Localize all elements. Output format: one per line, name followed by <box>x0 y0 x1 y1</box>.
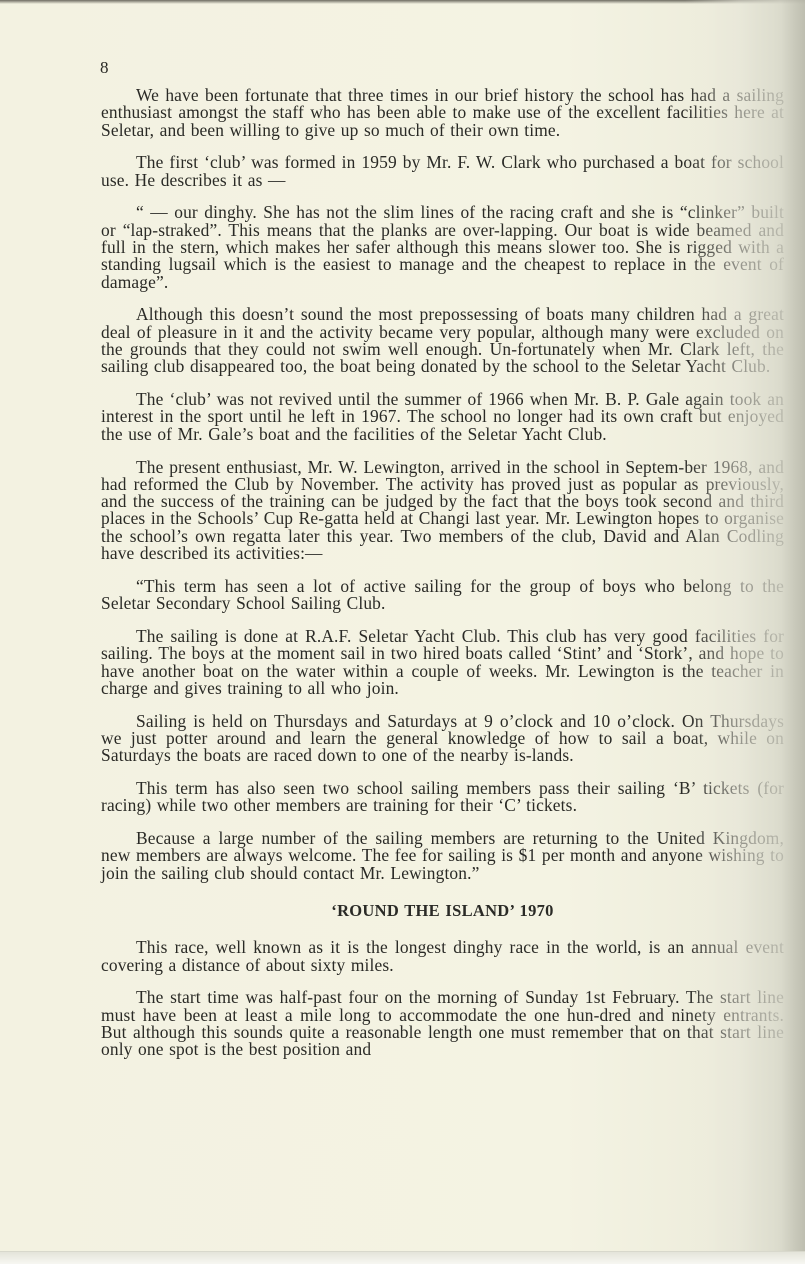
paragraph-present-enthusiast: The present enthusiast, Mr. W. Lewington… <box>101 459 784 563</box>
article-body: We have been fortunate that three times … <box>101 87 784 1074</box>
paragraph-tickets: This term has also seen two school saili… <box>101 780 784 815</box>
paragraph-this-term: “This term has seen a lot of active sail… <box>101 578 784 613</box>
section-heading: ‘ROUND THE ISLAND’ 1970 <box>101 902 784 919</box>
page-top-shadow <box>0 0 805 4</box>
paragraph-dinghy-quote: “ — our dinghy. She has not the slim lin… <box>101 204 784 290</box>
scanned-page: 8 We have been fortunate that three time… <box>0 0 805 1264</box>
paragraph-sailing-schedule: Sailing is held on Thursdays and Saturda… <box>101 713 784 765</box>
paragraph-new-members: Because a large number of the sailing me… <box>101 830 784 882</box>
paragraph-first-club: The first ‘club’ was formed in 1959 by M… <box>101 154 784 189</box>
paragraph-fortunate: We have been fortunate that three times … <box>101 87 784 139</box>
page-number: 8 <box>100 58 109 78</box>
paragraph-sailing-location: The sailing is done at R.A.F. Seletar Ya… <box>101 628 784 697</box>
paragraph-prepossessing: Although this doesn’t sound the most pre… <box>101 306 784 375</box>
paragraph-race-start: The start time was half-past four on the… <box>101 989 784 1058</box>
paragraph-club-revived: The ‘club’ was not revived until the sum… <box>101 391 784 443</box>
page-bottom-edge <box>0 1251 805 1264</box>
paragraph-race-intro: This race, well known as it is the longe… <box>101 939 784 974</box>
